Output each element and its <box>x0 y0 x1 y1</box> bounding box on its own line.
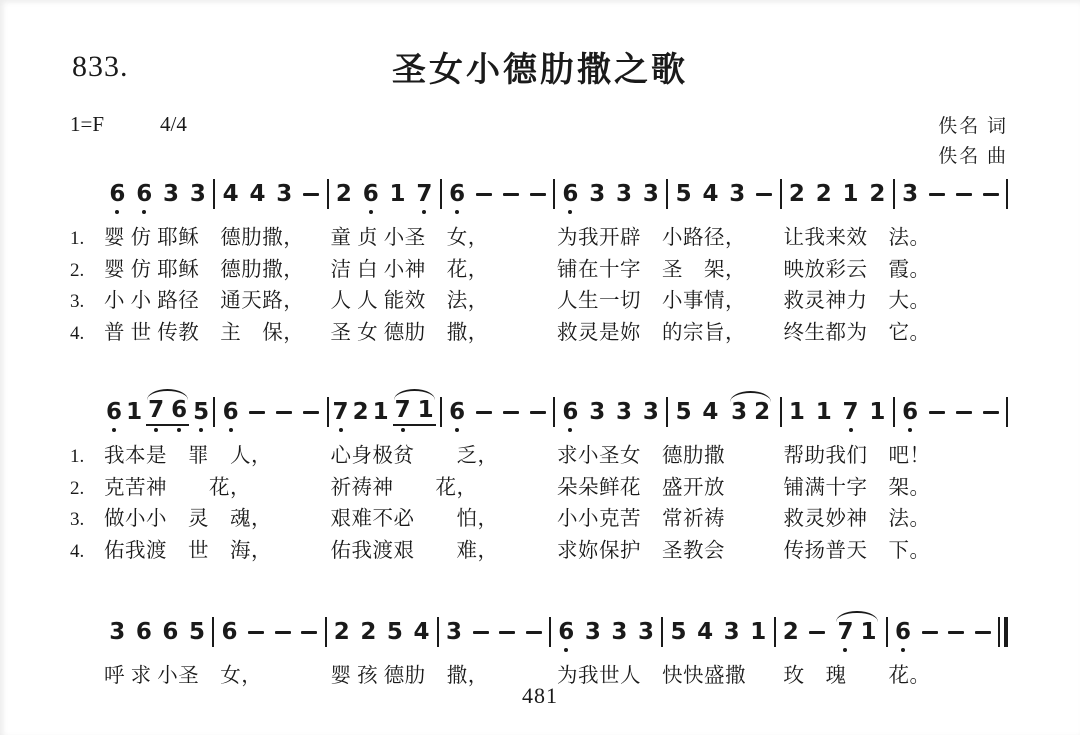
lyric-phrase: 帮助我们 吧！ <box>784 441 1011 473</box>
barline <box>553 397 555 427</box>
verse-number: 3. <box>70 286 104 318</box>
note: 4 <box>702 401 718 424</box>
notation-line: 3665622543633354312716 <box>70 609 1010 655</box>
note: 6 <box>136 621 152 644</box>
note-low-octave: 6 <box>109 183 125 206</box>
barline <box>549 617 551 647</box>
note: 2 <box>869 183 885 206</box>
note-low-octave: 7 <box>837 621 853 644</box>
dash-mark <box>473 631 489 634</box>
lyric-phrase: 为我开辟 小路径， <box>557 223 784 255</box>
dash-mark <box>983 193 999 196</box>
note: 3 <box>589 183 605 206</box>
notation-line: 6176567217166333543211716 <box>70 389 1010 435</box>
barline <box>661 617 663 647</box>
barline <box>440 397 442 427</box>
barline <box>893 397 895 427</box>
verses: 1.我本是 罪 人，心身极贫 乏，求小圣女 德肋撒帮助我们 吧！2.克苦神 花，… <box>70 441 1010 567</box>
note-low-octave: 6 <box>558 621 574 644</box>
note: 1 <box>750 621 766 644</box>
verse-number: 4. <box>70 318 104 350</box>
note: 5 <box>676 183 692 206</box>
lyric-phrase: 救灵妙神 法。 <box>784 504 1011 536</box>
note: 3 <box>616 183 632 206</box>
verse-row: 4.佑我渡 世 海，佑我渡艰 难，求妳保护 圣教会传扬普天 下。 <box>70 536 1010 568</box>
sheet-music-page: 833. 圣女小德肋撒之歌 1=F 4/4 佚名 词 佚名 曲 66334432… <box>0 0 1080 735</box>
note: 4 <box>413 621 429 644</box>
verse-row: 1.我本是 罪 人，心身极贫 乏，求小圣女 德肋撒帮助我们 吧！ <box>70 441 1010 473</box>
lyric-phrase: 佑我渡艰 难， <box>331 536 558 568</box>
verses: 1.婴 仿 耶稣 德肋撒，童 贞 小圣 女，为我开辟 小路径，让我来效 法。2.… <box>70 223 1010 349</box>
dash-mark <box>303 411 319 414</box>
dash-mark <box>503 193 519 196</box>
slur-group: 71 <box>835 621 878 644</box>
notation-line: 663344326176633354322123 <box>70 171 1010 217</box>
note: 1 <box>861 621 877 644</box>
barline <box>327 179 329 209</box>
note-low-octave: 5 <box>193 401 209 424</box>
note: 4 <box>223 183 239 206</box>
time-signature: 4/4 <box>160 112 187 137</box>
barline <box>213 179 215 209</box>
note: 3 <box>724 621 740 644</box>
note-low-octave: 6 <box>895 621 911 644</box>
note: 3 <box>611 621 627 644</box>
system-1: 6633443261766333543221231.婴 仿 耶稣 德肋撒，童 贞… <box>70 171 1010 349</box>
note: 3 <box>643 401 659 424</box>
measure: 6 <box>890 621 996 644</box>
measure: 3665 <box>104 621 210 644</box>
dash-mark <box>301 631 317 634</box>
lyric-phrase: 铺在十字 圣 架， <box>557 255 784 287</box>
barline <box>212 617 214 647</box>
lyric-phrase: 小 小 路径 通天路， <box>104 286 331 318</box>
lyric-phrase: 映放彩云 霞。 <box>784 255 1011 287</box>
lyric-phrase: 人 人 能效 法， <box>331 286 558 318</box>
lyric-phrase: 求小圣女 德肋撒 <box>557 441 784 473</box>
dash-mark <box>948 631 964 634</box>
lyric-phrase: 让我来效 法。 <box>784 223 1011 255</box>
lyric-phrase: 克苦神 花， <box>104 473 331 505</box>
dash-mark <box>956 411 972 414</box>
dash-mark <box>476 193 492 196</box>
note: 4 <box>249 183 265 206</box>
verse-row: 4.普 世 传教 主 保，圣 女 德肋 撒，救灵是妳 的宗旨，终生都为 它。 <box>70 318 1010 350</box>
barline <box>1006 397 1008 427</box>
verse-row: 2.婴 仿 耶稣 德肋撒，洁 白 小神 花，铺在十字 圣 架，映放彩云 霞。 <box>70 255 1010 287</box>
lyric-phrase: 朵朵鲜花 盛开放 <box>557 473 784 505</box>
note-low-octave: 6 <box>171 399 187 422</box>
note: 3 <box>276 183 292 206</box>
lyric-phrase: 童 贞 小圣 女， <box>331 223 558 255</box>
dash-mark <box>929 411 945 414</box>
note: 2 <box>360 621 376 644</box>
note: 1 <box>869 401 885 424</box>
lyric-phrase: 小小克苦 常祈祷 <box>557 504 784 536</box>
measure: 72171 <box>331 399 438 426</box>
note: 2 <box>336 183 352 206</box>
lyric-phrase: 祈祷神 花， <box>331 473 558 505</box>
lyric-phrase: 铺满十字 架。 <box>784 473 1011 505</box>
measure: 6333 <box>557 401 664 424</box>
lyric-phrase: 传扬普天 下。 <box>784 536 1011 568</box>
note: 2 <box>783 621 799 644</box>
note: 1 <box>126 401 142 424</box>
note: 5 <box>676 401 692 424</box>
lyric-phrase: 我本是 罪 人， <box>104 441 331 473</box>
measure: 6 <box>444 401 551 424</box>
barline <box>553 179 555 209</box>
lyric-phrase: 求妳保护 圣教会 <box>557 536 784 568</box>
note: 5 <box>189 621 205 644</box>
barline <box>666 179 668 209</box>
note: 3 <box>729 183 745 206</box>
note: 6 <box>222 621 238 644</box>
measure: 5431 <box>665 621 771 644</box>
note-low-octave: 7 <box>843 401 859 424</box>
note-low-octave: 6 <box>223 401 239 424</box>
verse-row: 1.婴 仿 耶稣 德肋撒，童 贞 小圣 女，为我开辟 小路径，让我来效 法。 <box>70 223 1010 255</box>
slur-group: 71 <box>393 399 436 426</box>
slur-group: 76 <box>146 399 189 426</box>
lyric-phrase: 终生都为 它。 <box>784 318 1011 350</box>
measure: 6333 <box>557 183 664 206</box>
system-2: 61765672171663335432117161.我本是 罪 人，心身极贫 … <box>70 389 1010 567</box>
note-low-octave: 6 <box>449 183 465 206</box>
measure: 6 <box>444 183 551 206</box>
header: 833. 圣女小德肋撒之歌 <box>70 42 1010 94</box>
note: 5 <box>671 621 687 644</box>
lyric-phrase: 心身极贫 乏， <box>331 441 558 473</box>
note: 2 <box>334 621 350 644</box>
note: 1 <box>789 401 805 424</box>
barline <box>774 617 776 647</box>
measure: 543 <box>670 183 777 206</box>
note: 1 <box>816 401 832 424</box>
note: 2 <box>754 401 770 424</box>
measure: 2212 <box>784 183 891 206</box>
note: 3 <box>643 183 659 206</box>
dash-mark <box>503 411 519 414</box>
measure: 6 <box>216 621 322 644</box>
note: 2 <box>816 183 832 206</box>
measure: 3 <box>441 621 547 644</box>
note: 1 <box>418 399 434 422</box>
dash-mark <box>530 193 546 196</box>
music-systems: 6633443261766333543221231.婴 仿 耶稣 德肋撒，童 贞… <box>70 171 1010 693</box>
measure: 61765 <box>104 399 211 426</box>
note: 1 <box>373 401 389 424</box>
dash-mark <box>275 631 291 634</box>
dash-mark <box>975 631 991 634</box>
dash-mark <box>530 411 546 414</box>
barline <box>886 617 888 647</box>
verse-number: 2. <box>70 255 104 287</box>
key-signature: 1=F <box>70 112 104 137</box>
measure: 6633 <box>104 183 211 206</box>
dash-mark <box>276 411 292 414</box>
barline <box>780 397 782 427</box>
lyric-phrase: 洁 白 小神 花， <box>331 255 558 287</box>
barline <box>440 179 442 209</box>
note: 3 <box>446 621 462 644</box>
note-low-octave: 6 <box>106 401 122 424</box>
lyric-phrase: 人生一切 小事情， <box>557 286 784 318</box>
dash-mark <box>248 631 264 634</box>
lyric-phrase: 婴 仿 耶稣 德肋撒， <box>104 255 331 287</box>
note: 3 <box>638 621 654 644</box>
note: 3 <box>731 401 747 424</box>
dash-mark <box>983 411 999 414</box>
note-low-octave: 6 <box>902 401 918 424</box>
barline <box>437 617 439 647</box>
note: 1 <box>843 183 859 206</box>
barline <box>893 179 895 209</box>
dash-mark <box>956 193 972 196</box>
measure: 6 <box>217 401 324 424</box>
note: 3 <box>190 183 206 206</box>
dash-mark <box>809 631 825 634</box>
note: 4 <box>697 621 713 644</box>
note-low-octave: 6 <box>562 401 578 424</box>
measure: 6333 <box>553 621 659 644</box>
lyric-phrase: 艰难不必 怕， <box>331 504 558 536</box>
measure: 6 <box>897 401 1004 424</box>
note-low-octave: 6 <box>136 183 152 206</box>
lyric-phrase: 救灵是妳 的宗旨， <box>557 318 784 350</box>
measure: 2254 <box>329 621 435 644</box>
note: 3 <box>163 183 179 206</box>
note-low-octave: 6 <box>449 401 465 424</box>
note: 3 <box>616 401 632 424</box>
dash-mark <box>249 411 265 414</box>
note-low-octave: 6 <box>562 183 578 206</box>
measure: 271 <box>778 621 884 644</box>
song-title: 圣女小德肋撒之歌 <box>70 42 1010 91</box>
dash-mark <box>476 411 492 414</box>
verse-number: 1. <box>70 441 104 473</box>
key-signature-row: 1=F 4/4 <box>70 112 1010 137</box>
note-low-octave: 7 <box>148 399 164 422</box>
verse-number: 2. <box>70 473 104 505</box>
page-number: 481 <box>0 683 1080 709</box>
dash-mark <box>303 193 319 196</box>
measure: 1171 <box>784 401 891 424</box>
barline <box>213 397 215 427</box>
note-low-octave: 6 <box>363 183 379 206</box>
barline <box>325 617 327 647</box>
note-low-octave: 7 <box>395 399 411 422</box>
verse-number: 3. <box>70 504 104 536</box>
note: 6 <box>162 621 178 644</box>
measure: 3 <box>897 183 1004 206</box>
barline <box>1006 179 1008 209</box>
dash-mark <box>499 631 515 634</box>
measure: 5432 <box>670 401 777 424</box>
note: 4 <box>702 183 718 206</box>
note-low-octave: 7 <box>333 401 349 424</box>
dash-mark <box>526 631 542 634</box>
lyric-phrase: 普 世 传教 主 保， <box>104 318 331 350</box>
note: 3 <box>109 621 125 644</box>
lyric-phrase: 救灵神力 大。 <box>784 286 1011 318</box>
note-low-octave: 7 <box>416 183 432 206</box>
note: 2 <box>353 401 369 424</box>
lyric-phrase: 婴 仿 耶稣 德肋撒， <box>104 223 331 255</box>
lyricist-credit: 佚名 词 <box>938 112 1008 142</box>
barline <box>327 397 329 427</box>
credits: 佚名 词 佚名 曲 <box>938 112 1008 172</box>
note: 3 <box>589 401 605 424</box>
lyric-phrase: 做小小 灵 魂， <box>104 504 331 536</box>
barline <box>666 397 668 427</box>
note: 1 <box>390 183 406 206</box>
note: 2 <box>789 183 805 206</box>
verse-number: 1. <box>70 223 104 255</box>
lyric-phrase: 圣 女 德肋 撒， <box>331 318 558 350</box>
note: 3 <box>902 183 918 206</box>
verse-number: 4. <box>70 536 104 568</box>
composer-credit: 佚名 曲 <box>938 142 1008 172</box>
dash-mark <box>922 631 938 634</box>
dash-mark <box>756 193 772 196</box>
note: 3 <box>585 621 601 644</box>
verse-row: 3.小 小 路径 通天路，人 人 能效 法，人生一切 小事情，救灵神力 大。 <box>70 286 1010 318</box>
verse-row: 3.做小小 灵 魂，艰难不必 怕，小小克苦 常祈祷救灵妙神 法。 <box>70 504 1010 536</box>
verse-row: 2.克苦神 花，祈祷神 花，朵朵鲜花 盛开放铺满十字 架。 <box>70 473 1010 505</box>
measure: 443 <box>217 183 324 206</box>
measure: 2617 <box>331 183 438 206</box>
barline <box>780 179 782 209</box>
final-barline <box>998 617 1008 647</box>
lyric-phrase: 佑我渡 世 海， <box>104 536 331 568</box>
dash-mark <box>929 193 945 196</box>
note: 5 <box>387 621 403 644</box>
slur-group: 32 <box>729 401 772 424</box>
system-3: 3665622543633354312716呼 求 小圣 女，婴 孩 德肋 撒，… <box>70 609 1010 693</box>
